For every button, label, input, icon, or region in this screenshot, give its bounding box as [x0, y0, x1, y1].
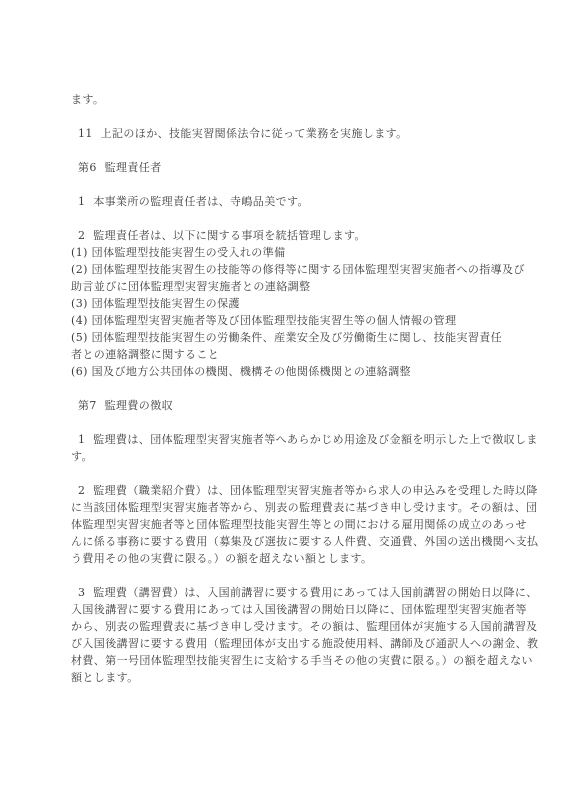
- duty-item-5-continuation: 者との連絡調整に関すること: [71, 346, 497, 363]
- duty-item-5: (5) 団体監理型技能実習生の労働条件、産業安全及び労働衛生に関し、技能実習責任: [71, 329, 497, 346]
- duty-item-1: (1) 団体監理型技能実習生の受入れの準備: [71, 244, 497, 261]
- training-fee-line-1: 3 監理費（講習費）は、入国前講習に要する費用にあっては入国前講習の開始日以降に…: [71, 584, 497, 601]
- supervisor-duties-clause: 2 監理責任者は、以下に関する事項を統括管理します。 (1) 団体監理型技能実習…: [71, 227, 497, 380]
- section-7-heading-line: 第7 監理費の徴収: [71, 397, 497, 414]
- referral-fee-clause: 2 監理費（職業紹介費）は、団体監理型実習実施者等から求人の申込みを受理した時以…: [71, 482, 497, 567]
- referral-fee-line-4: んに係る事務に要する費用（募集及び選抜に要する人件費、交通費、外国の送出機関へ支…: [71, 533, 497, 550]
- referral-fee-line-1: 2 監理費（職業紹介費）は、団体監理型実習実施者等から求人の申込みを受理した時以…: [71, 482, 497, 499]
- training-fee-line-3: から、別表の監理費表に基づき申し受けます。その額は、監理団体が実施する入国前講習…: [71, 618, 497, 635]
- training-fee-line-5: 材費、第一号団体監理型技能実習生に支給する手当その他の実費に限る。）の額を超えな…: [71, 652, 497, 669]
- duty-item-3: (3) 団体監理型技能実習生の保護: [71, 295, 497, 312]
- duty-item-2-continuation: 助言並びに団体監理型実習実施者との連絡調整: [71, 278, 497, 295]
- training-fee-line-4: び入国後講習に要する費用（監理団体が支出する施設使用料、講師及び通訳人への謝金、…: [71, 635, 497, 652]
- clause-11-paragraph: 11 上記のほか、技能実習関係法令に従って業務を実施します。: [71, 125, 497, 142]
- duty-item-6: (6) 国及び地方公共団体の機関、機構その他関係機関との連絡調整: [71, 363, 497, 380]
- continuation-paragraph: ます。: [71, 91, 497, 108]
- section-6-heading: 第6 監理責任者: [71, 159, 497, 176]
- supervisor-name-line: 1 本事業所の監理責任者は、寺嶋品美です。: [71, 193, 497, 210]
- training-fee-line-2: 入国後講習に要する費用にあっては入国後講習の開始日以降に、団体監理型実習実施者等: [71, 601, 497, 618]
- training-fee-line-6: 額とします。: [71, 669, 497, 686]
- fee-collection-line-2: す。: [71, 448, 497, 465]
- supervisor-name-clause: 1 本事業所の監理責任者は、寺嶋品美です。: [71, 193, 497, 210]
- fee-collection-clause: 1 監理費は、団体監理型実習実施者等へあらかじめ用途及び金額を明示した上で徴収し…: [71, 431, 497, 465]
- training-fee-clause: 3 監理費（講習費）は、入国前講習に要する費用にあっては入国前講習の開始日以降に…: [71, 584, 497, 686]
- section-6-heading-line: 第6 監理責任者: [71, 159, 497, 176]
- continuation-line: ます。: [71, 91, 497, 108]
- duty-item-4: (4) 団体監理型実習実施者等及び団体監理型技能実習生等の個人情報の管理: [71, 312, 497, 329]
- referral-fee-line-2: に当該団体監理型実習実施者等から、別表の監理費表に基づき申し受けます。その額は、…: [71, 499, 497, 516]
- clause-11-line: 11 上記のほか、技能実習関係法令に従って業務を実施します。: [71, 125, 497, 142]
- document-page: ます。 11 上記のほか、技能実習関係法令に従って業務を実施します。 第6 監理…: [0, 0, 565, 800]
- duties-lead-line: 2 監理責任者は、以下に関する事項を統括管理します。: [71, 227, 497, 244]
- duty-item-2: (2) 団体監理型技能実習生の技能等の修得等に関する団体監理型実習実施者への指導…: [71, 261, 497, 278]
- section-7-heading: 第7 監理費の徴収: [71, 397, 497, 414]
- fee-collection-line-1: 1 監理費は、団体監理型実習実施者等へあらかじめ用途及び金額を明示した上で徴収し…: [71, 431, 497, 448]
- referral-fee-line-3: 体監理型実習実施者等と団体監理型技能実習生等との間における雇用関係の成立のあっせ: [71, 516, 497, 533]
- referral-fee-line-5: う費用その他の実費に限る。）の額を超えない額とします。: [71, 550, 497, 567]
